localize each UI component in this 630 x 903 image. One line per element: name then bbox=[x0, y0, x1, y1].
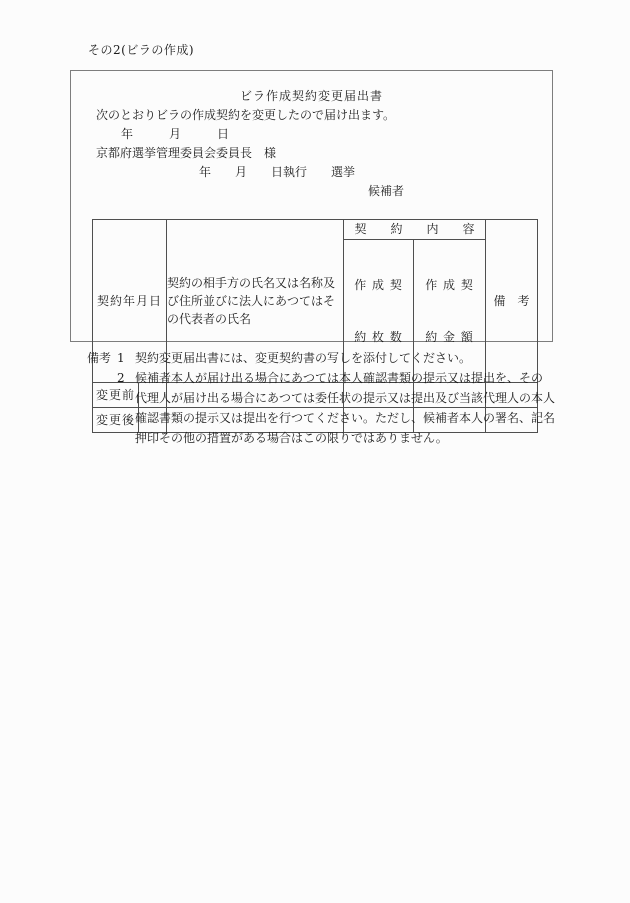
col-header-contract-sheets-line2: 約 枚 数 bbox=[344, 330, 413, 344]
note-item-1: 備考 1 契約変更届出書には、変更契約書の写しを添付してください。 bbox=[87, 348, 557, 368]
form-date-line: 年 月 日 bbox=[71, 125, 552, 144]
notes-label: 備考 bbox=[87, 348, 117, 368]
form-election-line: 年 月 日執行 選挙 bbox=[71, 163, 552, 182]
note-2-line-2: 代理人が届け出る場合にあつては委任状の提示又は提出及び当該代理人の本人 bbox=[135, 388, 557, 408]
note-2-number: 2 bbox=[117, 368, 135, 388]
note-2-line-3: 確認書類の提示又は提出を行つてください。ただし、候補者本人の署名、記名 bbox=[135, 408, 557, 428]
form-box: ビラ作成契約変更届出書 次のとおりビラの作成契約を変更したので届け出ます。 年 … bbox=[70, 70, 553, 342]
col-header-contract-content: 契 約 内 容 bbox=[344, 220, 486, 240]
form-title: ビラ作成契約変更届出書 bbox=[71, 87, 552, 106]
notes-section: 備考 1 契約変更届出書には、変更契約書の写しを添付してください。 2 候補者本… bbox=[87, 348, 557, 448]
note-2-text: 候補者本人が届け出る場合にあつては本人確認書類の提示又は提出を、その 代理人が届… bbox=[135, 368, 557, 448]
note-1-number: 1 bbox=[117, 348, 135, 368]
page-heading: その2(ビラの作成) bbox=[88, 41, 194, 60]
col-header-contract-amount-line1: 作 成 契 bbox=[414, 278, 485, 292]
form-intro-line: 次のとおりビラの作成契約を変更したので届け出ます。 bbox=[71, 106, 552, 125]
note-2-line-4: 押印その他の措置がある場合はこの限りではありません。 bbox=[135, 428, 557, 448]
form-candidate-label: 候補者 bbox=[71, 182, 552, 201]
note-1-line-1: 契約変更届出書には、変更契約書の写しを添付してください。 bbox=[135, 348, 557, 368]
document-page: その2(ビラの作成) ビラ作成契約変更届出書 次のとおりビラの作成契約を変更した… bbox=[0, 0, 630, 903]
note-item-2: 2 候補者本人が届け出る場合にあつては本人確認書類の提示又は提出を、その 代理人… bbox=[87, 368, 557, 448]
col-header-contract-amount-line2: 約 金 額 bbox=[414, 330, 485, 344]
note-2-line-1: 候補者本人が届け出る場合にあつては本人確認書類の提示又は提出を、その bbox=[135, 368, 557, 388]
form-addressee-line: 京都府選挙管理委員会委員長 様 bbox=[71, 144, 552, 163]
col-header-contract-sheets-line1: 作 成 契 bbox=[344, 278, 413, 292]
note-1-text: 契約変更届出書には、変更契約書の写しを添付してください。 bbox=[135, 348, 557, 368]
